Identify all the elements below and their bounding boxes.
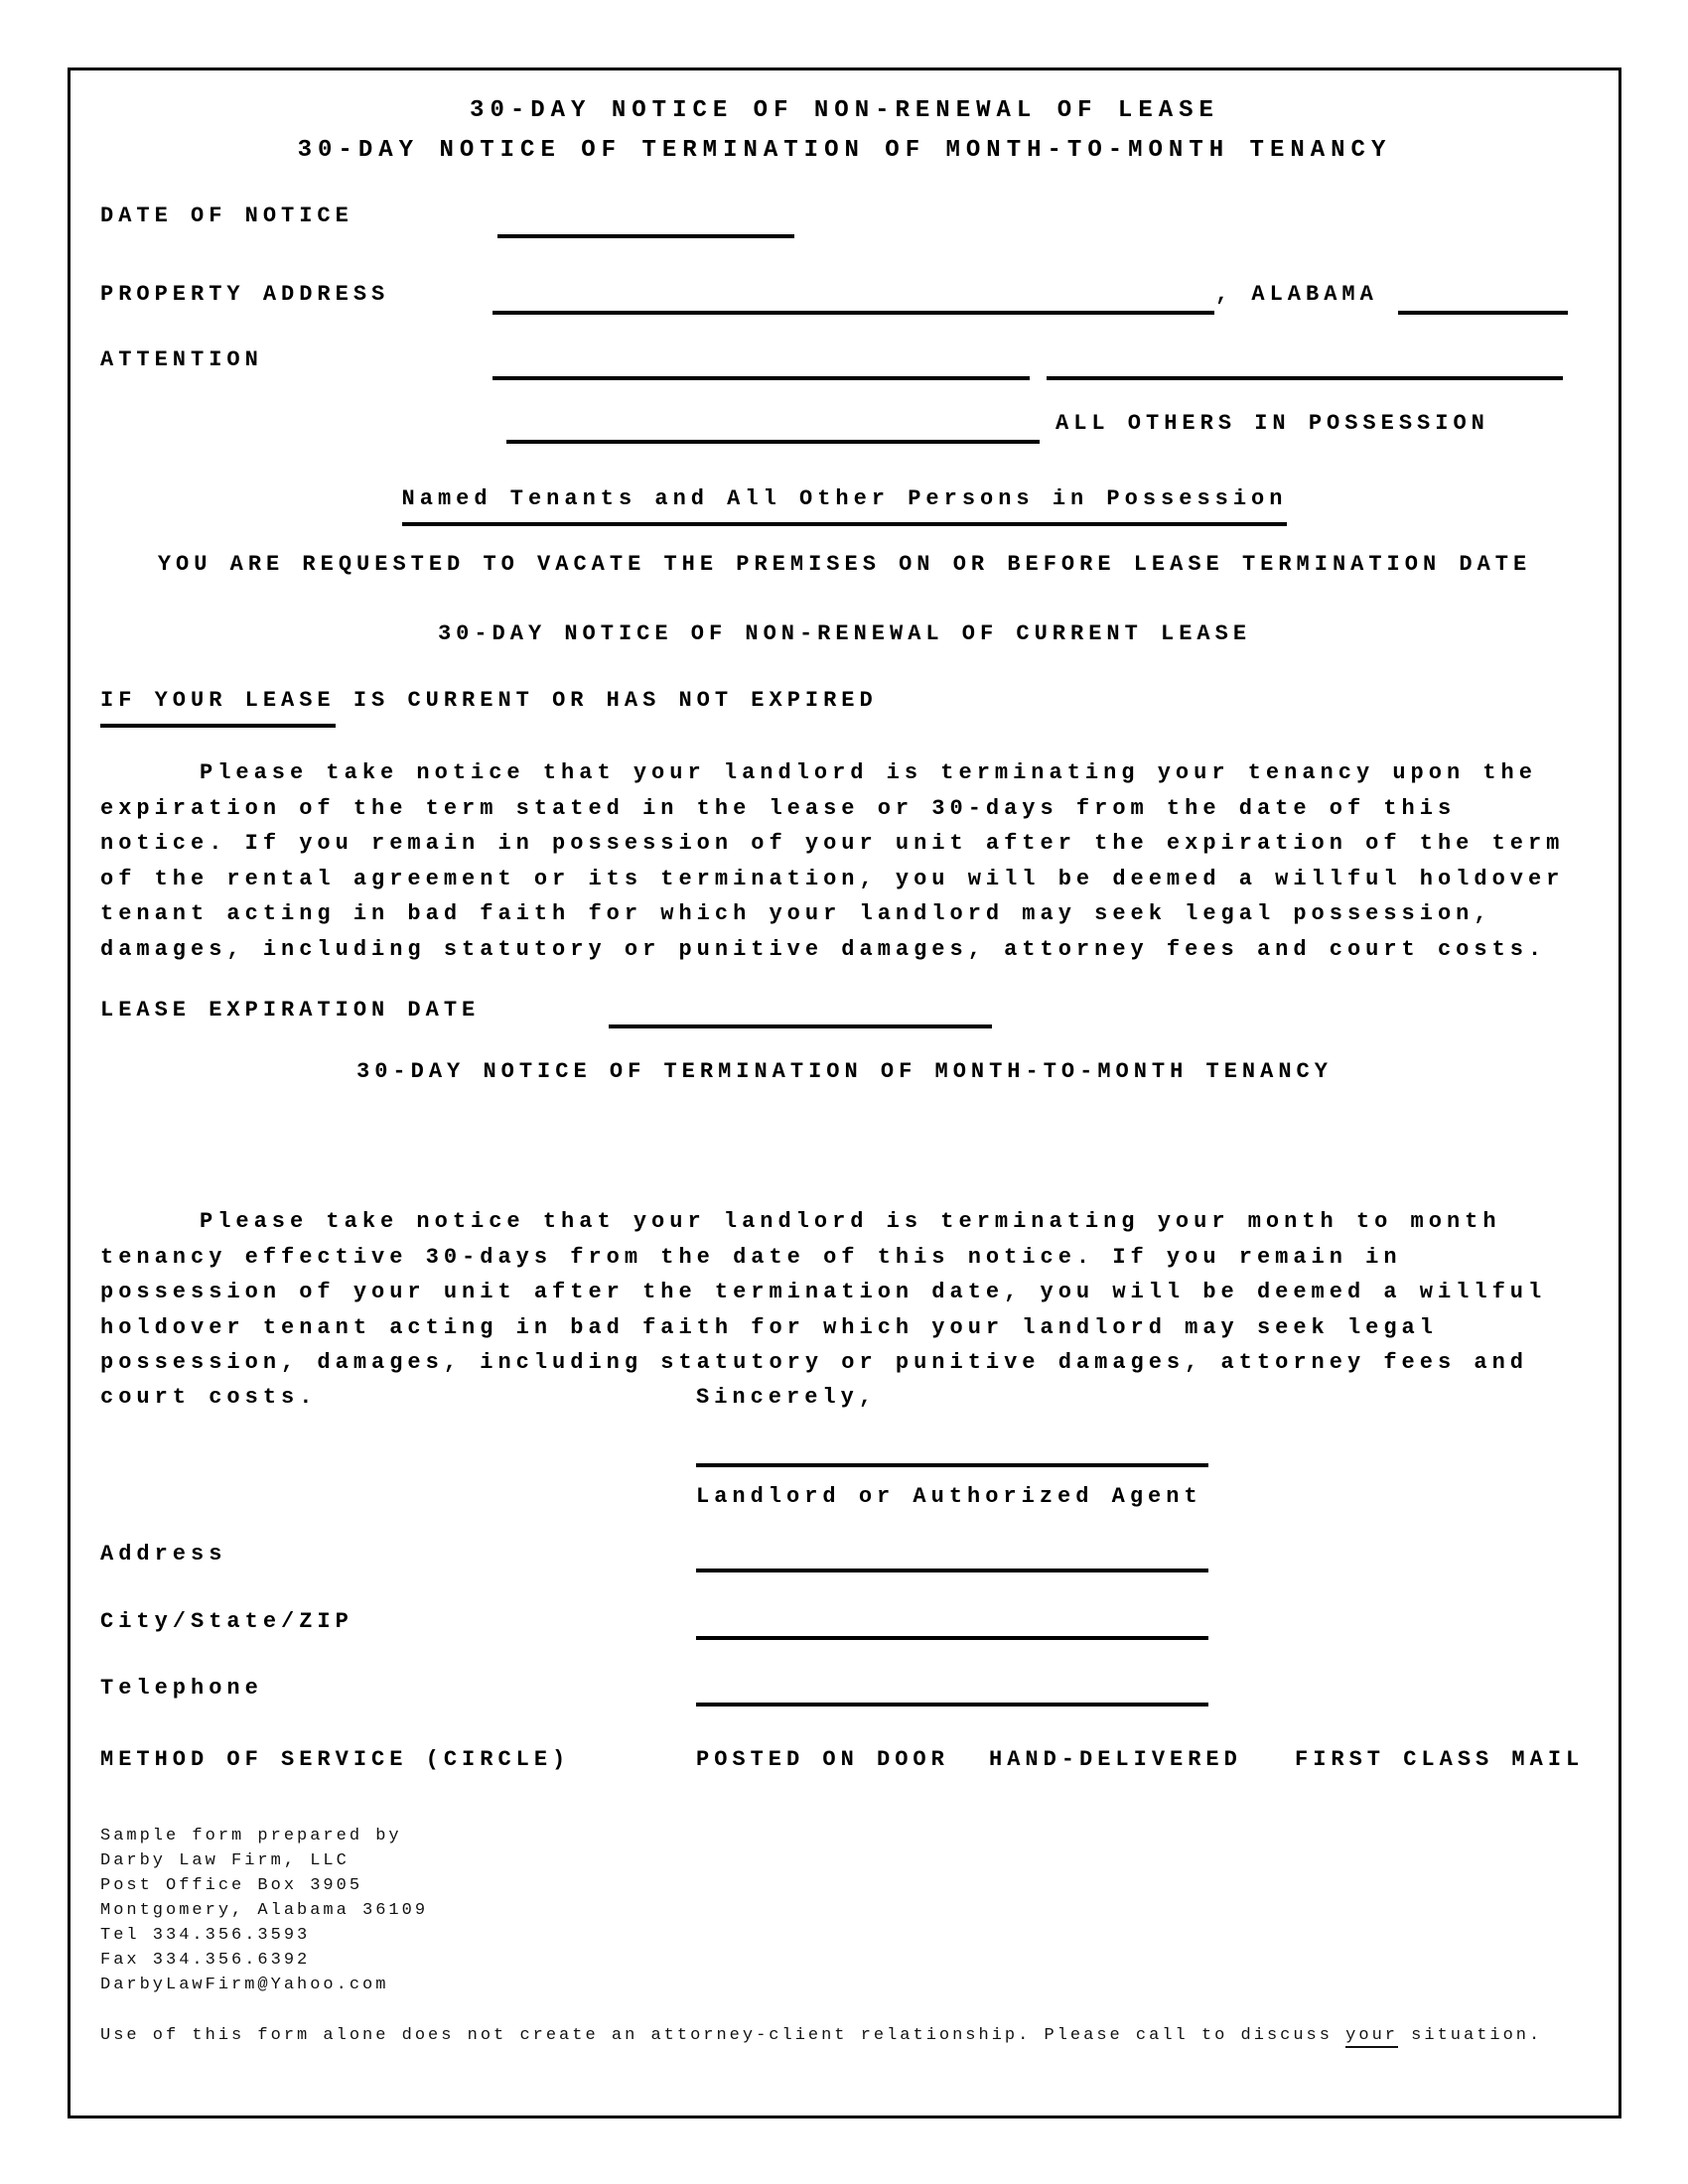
service-option-posted-on-door: POSTED ON DOOR [696,1742,949,1778]
address-label: Address [100,1537,226,1572]
footer-credits: Sample form prepared byDarby Law Firm, L… [100,1824,428,1997]
footer-credit-line: DarbyLawFirm@Yahoo.com [100,1973,428,1997]
paragraph-line: holdover tenant acting in bad faith for … [100,1310,1546,1346]
paragraph-line: tenant acting in bad faith for which you… [100,896,1564,932]
document-page-border: 30-DAY NOTICE OF NON-RENEWAL OF LEASE 30… [68,68,1621,2118]
named-tenants-caption-row: Named Tenants and All Other Persons in P… [70,481,1618,526]
footer-credit-line: Montgomery, Alabama 36109 [100,1898,428,1923]
footer-credit-line: Darby Law Firm, LLC [100,1848,428,1873]
footer-credit-line: Post Office Box 3905 [100,1873,428,1898]
all-others-label: ALL OTHERS IN POSSESSION [1055,406,1489,442]
signature-label: Landlord or Authorized Agent [696,1479,1202,1515]
paragraph-line: tenancy effective 30-days from the date … [100,1240,1546,1276]
lease-condition-line: IF YOUR LEASE IS CURRENT OR HAS NOT EXPI… [100,683,878,728]
paragraph-line: possession of your unit after the termin… [100,1275,1546,1310]
footer-credit-line: Sample form prepared by [100,1824,428,1848]
date-of-notice-label: DATE OF NOTICE [100,199,353,234]
title-line-2: 30-DAY NOTICE OF TERMINATION OF MONTH-TO… [70,131,1618,171]
footer-credit-line: Fax 334.356.6392 [100,1948,428,1973]
footer-credit-line: Tel 334.356.3593 [100,1923,428,1948]
date-of-notice-blank [497,199,794,238]
lease-condition-underlined: IF YOUR LEASE [100,683,336,728]
paragraph-line: Please take notice that your landlord is… [100,755,1564,791]
disclaimer-before: Use of this form alone does not create a… [100,2026,1345,2045]
paragraph-termination: Please take notice that your landlord is… [100,1204,1546,1381]
lease-condition-rest: IS CURRENT OR HAS NOT EXPIRED [336,688,878,713]
disclaimer-line: Use of this form alone does not create a… [100,2023,1542,2048]
paragraph-line: expiration of the term stated in the lea… [100,791,1564,827]
paragraph-line: notice. If you remain in possession of y… [100,826,1564,862]
named-tenants-caption: Named Tenants and All Other Persons in P… [402,481,1288,526]
lease-expiration-blank [609,993,992,1028]
method-of-service-label: METHOD OF SERVICE (CIRCLE) [100,1742,570,1778]
lease-expiration-label: LEASE EXPIRATION DATE [100,993,480,1028]
section2-heading: 30-DAY NOTICE OF TERMINATION OF MONTH-TO… [70,1054,1618,1090]
paragraph-line: Please take notice that your landlord is… [100,1204,1546,1240]
paragraph-nonrenewal: Please take notice that your landlord is… [100,755,1564,967]
service-option-hand-delivered: HAND-DELIVERED [989,1742,1242,1778]
property-address-blank [492,277,1214,315]
section1-heading: 30-DAY NOTICE OF NON-RENEWAL OF CURRENT … [70,616,1618,652]
disclaimer-after: situation. [1398,2026,1542,2045]
telephone-blank [696,1671,1208,1706]
property-address-label: PROPERTY ADDRESS [100,277,389,313]
paragraph-line: damages, including statutory or punitive… [100,932,1564,968]
alabama-suffix-label: , ALABAMA [1215,277,1378,313]
sincerely-text: Sincerely, [696,1380,877,1416]
paragraph-line: of the rental agreement or its terminati… [100,862,1564,897]
title-line-1: 30-DAY NOTICE OF NON-RENEWAL OF LEASE [70,91,1618,131]
vacate-instruction: YOU ARE REQUESTED TO VACATE THE PREMISES… [70,547,1618,583]
attention-blank-2 [1047,342,1563,380]
paragraph-line: possession, damages, including statutory… [100,1345,1546,1381]
city-state-zip-blank [696,1604,1208,1640]
telephone-label: Telephone [100,1671,263,1706]
city-state-zip-label: City/State/ZIP [100,1604,353,1640]
attention-label: ATTENTION [100,342,263,378]
possession-blank [506,406,1040,444]
signature-blank [696,1430,1208,1467]
attention-blank-1 [492,342,1030,380]
address-blank [696,1537,1208,1572]
property-state-blank [1398,277,1568,315]
disclaimer-underlined-word: your [1345,2026,1398,2048]
court-costs-text: court costs. [100,1380,317,1416]
service-option-first-class-mail: FIRST CLASS MAIL [1295,1742,1584,1778]
